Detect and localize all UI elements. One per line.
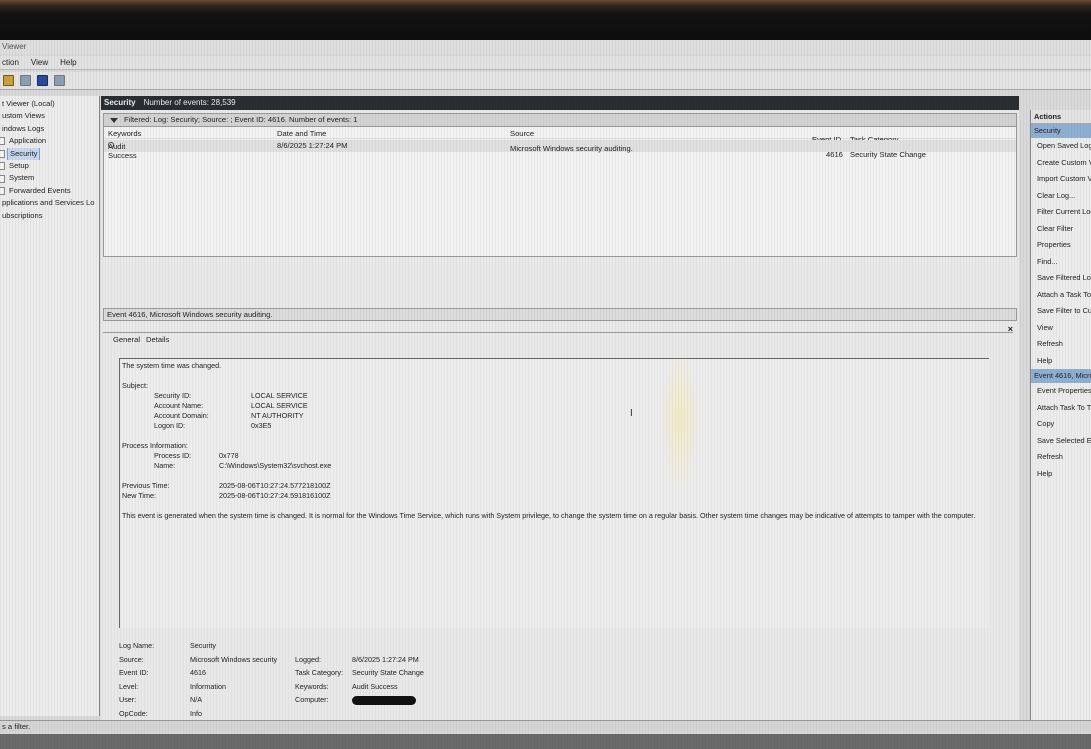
tree-item-label: Security: [7, 148, 40, 160]
action-clear-filter[interactable]: Clear Filter: [1031, 221, 1091, 238]
tree-item-ustom-views[interactable]: ustom Views: [0, 110, 99, 122]
center-pane: Security Number of events: 28,539 Filter…: [101, 96, 1019, 720]
tree-item-label: Setup: [7, 160, 31, 172]
description-row: Account Name:LOCAL SERVICE: [122, 401, 987, 411]
log-icon: [0, 175, 5, 183]
action-save-filter-to-custom-view[interactable]: Save Filter to Custom View...: [1031, 303, 1091, 320]
actions-header: Actions: [1031, 110, 1091, 124]
logged-value: 8/6/2025 1:27:24 PM: [352, 653, 419, 667]
log-icon: [0, 150, 5, 158]
user-value: N/A: [190, 693, 295, 707]
subject-label: Subject:: [122, 381, 987, 391]
console-icon[interactable]: [54, 75, 65, 86]
action-import-custom-view[interactable]: Import Custom View...: [1031, 171, 1091, 188]
status-bar: s a filter.: [0, 720, 1091, 732]
window-title: Viewer: [0, 40, 1091, 54]
log-icon: [0, 187, 5, 195]
keywords-value: Audit Success: [352, 680, 398, 694]
description-headline: The system time was changed.: [122, 361, 987, 371]
computer-label: Computer:: [295, 693, 352, 707]
action-open-saved-log[interactable]: Open Saved Log...: [1031, 138, 1091, 155]
description-row: Security ID:LOCAL SERVICE: [122, 391, 987, 401]
field-label: Logon ID:: [154, 421, 251, 431]
row-source: Microsoft Windows security auditing.: [510, 144, 633, 153]
field-label: Account Name:: [154, 401, 251, 411]
field-label: Process ID:: [154, 451, 219, 461]
actions-pane: Actions Security Open Saved Log...Create…: [1030, 110, 1091, 730]
keywords-label: Keywords:: [295, 680, 352, 694]
detail-title: Event 4616, Microsoft Windows security a…: [103, 308, 1017, 321]
log-icon: [0, 162, 5, 170]
field-label: New Time:: [122, 491, 219, 501]
filter-bar: Filtered: Log: Security; Source: ; Event…: [103, 113, 1017, 127]
action-label: Attach Task To This Event...: [1037, 400, 1091, 417]
row-event-id: 4616: [826, 150, 843, 159]
log-name-label: Log Name:: [119, 639, 190, 653]
menu-view[interactable]: View: [31, 56, 48, 69]
tree-item-system[interactable]: System: [0, 172, 99, 184]
action-clear-log[interactable]: Clear Log...: [1031, 188, 1091, 205]
filter-text: Filtered: Log: Security; Source: ; Event…: [124, 114, 357, 126]
process-label: Process Information:: [122, 441, 987, 451]
computer-value-redacted: [352, 693, 416, 707]
filter-icon: [110, 118, 118, 123]
event-viewer-window: Viewer ction View Help t Viewer (Local)u…: [0, 40, 1091, 749]
action-save-selected-events[interactable]: Save Selected Events...: [1031, 433, 1091, 450]
action-label: Find...: [1037, 254, 1058, 271]
tree-item-label: pplications and Services Lo: [0, 198, 96, 207]
description-row: Account Domain:NT AUTHORITY: [122, 411, 987, 421]
col-source[interactable]: Source: [510, 129, 534, 138]
action-refresh[interactable]: Refresh: [1031, 449, 1091, 466]
field-label: Name:: [154, 461, 219, 471]
help-icon[interactable]: [37, 75, 48, 86]
screen-glare: [660, 350, 700, 490]
tree-item-label: Forwarded Events: [7, 185, 73, 197]
action-label: Refresh: [1037, 336, 1063, 353]
user-label: User:: [119, 693, 190, 707]
level-value: Information: [190, 680, 295, 694]
action-label: Attach a Task To this Log...: [1037, 287, 1091, 304]
toolbar: [0, 72, 1091, 90]
tab-general[interactable]: General: [113, 334, 140, 345]
field-value: C:\Windows\System32\svchost.exe: [219, 461, 331, 471]
field-label: Account Domain:: [154, 411, 251, 421]
action-label: Help: [1037, 353, 1052, 370]
field-value: NT AUTHORITY: [251, 411, 304, 421]
action-label: Event Properties: [1037, 383, 1091, 400]
detail-tabs: General Details: [113, 334, 169, 345]
field-value: 2025-08-06T10:27:24.591816100Z: [219, 491, 331, 501]
tree-item-indows-logs[interactable]: indows Logs: [0, 123, 99, 135]
log-name: Security: [104, 96, 136, 110]
field-value: LOCAL SERVICE: [251, 391, 308, 401]
log-header: Security Number of events: 28,539: [101, 96, 1019, 110]
action-filter-current-log[interactable]: Filter Current Log...: [1031, 204, 1091, 221]
task-category-value: Security State Change: [352, 666, 424, 680]
action-create-custom-view[interactable]: Create Custom View...: [1031, 155, 1091, 172]
description-row: Previous Time:2025-08-06T10:27:24.577218…: [122, 481, 987, 491]
events-grid: Keywords Date and Time Source Event ID T…: [103, 127, 1017, 257]
action-label: Clear Filter: [1037, 221, 1073, 238]
source-label: Source:: [119, 653, 190, 667]
logged-label: Logged:: [295, 653, 352, 667]
tree-item-t-viewer-local[interactable]: t Viewer (Local): [0, 98, 99, 110]
description-row: Process ID:0x778: [122, 451, 987, 461]
action-label: Refresh: [1037, 449, 1063, 466]
event-id-label: Event ID:: [119, 666, 190, 680]
opcode-value: Info: [190, 707, 295, 721]
action-label: Open Saved Log...: [1037, 138, 1091, 155]
navigation-tree: t Viewer (Local)ustom Viewsindows LogsAp…: [0, 96, 100, 716]
action-refresh[interactable]: Refresh: [1031, 336, 1091, 353]
action-label: Save Filter to Custom View...: [1037, 303, 1091, 320]
action-label: Copy: [1037, 416, 1054, 433]
field-value: LOCAL SERVICE: [251, 401, 308, 411]
actions-section-event[interactable]: Event 4616, Microsoft Windows security a…: [1031, 369, 1091, 383]
folder-icon[interactable]: [3, 75, 14, 86]
event-id-value: 4616: [190, 666, 295, 680]
tree-item-forwarded-events[interactable]: Forwarded Events: [0, 185, 99, 197]
col-date-time[interactable]: Date and Time: [277, 129, 326, 138]
tree-item-label: ustom Views: [0, 111, 47, 120]
action-help[interactable]: Help: [1031, 353, 1091, 370]
monitor-bezel: [0, 0, 1091, 42]
tree-item-label: indows Logs: [0, 124, 46, 133]
action-label: Create Custom View...: [1037, 155, 1091, 172]
description-row: Name:C:\Windows\System32\svchost.exe: [122, 461, 987, 471]
event-description[interactable]: The system time was changed. Subject: Se…: [119, 358, 989, 628]
row-date-time: 8/6/2025 1:27:24 PM: [277, 141, 348, 150]
action-label: Import Custom View...: [1037, 171, 1091, 188]
tree-item-setup[interactable]: Setup: [0, 160, 99, 172]
row-task-category: Security State Change: [850, 150, 926, 159]
action-label: Help: [1037, 466, 1052, 483]
text-cursor-icon: I: [630, 408, 633, 419]
tree-item-label: Application: [7, 135, 48, 147]
col-keywords[interactable]: Keywords: [108, 129, 141, 138]
action-event-properties[interactable]: Event Properties: [1031, 383, 1091, 400]
action-help[interactable]: Help: [1031, 466, 1091, 483]
action-find[interactable]: Find...: [1031, 254, 1091, 271]
actions-section-security[interactable]: Security: [1031, 124, 1091, 138]
field-value: 0x778: [219, 451, 239, 461]
action-copy[interactable]: Copy: [1031, 416, 1091, 433]
description-row: New Time:2025-08-06T10:27:24.591816100Z: [122, 491, 987, 501]
log-name-value: Security: [190, 639, 295, 653]
grid-header: Keywords Date and Time Source Event ID T…: [104, 127, 1016, 139]
properties-icon[interactable]: [20, 75, 31, 86]
tree-item-label: t Viewer (Local): [0, 99, 57, 108]
divider: [103, 332, 1013, 333]
log-icon: [0, 137, 5, 145]
action-label: Properties: [1037, 237, 1071, 254]
field-label: Security ID:: [154, 391, 251, 401]
tree-item-security[interactable]: Security: [0, 148, 99, 160]
action-label: Filter Current Log...: [1037, 204, 1091, 221]
action-view[interactable]: View: [1031, 320, 1091, 337]
description-row: Logon ID:0x3E5: [122, 421, 987, 431]
action-label: View: [1037, 320, 1053, 337]
description-explanation: This event is generated when the system …: [122, 511, 987, 521]
action-label: Clear Log...: [1037, 188, 1075, 205]
source-value: Microsoft Windows security: [190, 653, 295, 667]
menu-bar: ction View Help: [0, 56, 1091, 70]
table-row[interactable]: Audit Success 8/6/2025 1:27:24 PM Micros…: [104, 140, 1016, 152]
tree-item-ubscriptions[interactable]: ubscriptions: [0, 210, 99, 222]
event-count: Number of events: 28,539: [144, 96, 236, 110]
tree-item-label: ubscriptions: [0, 211, 45, 220]
task-category-label: Task Category:: [295, 666, 352, 680]
field-value: 0x3E5: [251, 421, 271, 431]
tree-item-pplications-and-services-lo[interactable]: pplications and Services Lo: [0, 197, 99, 209]
action-save-filtered-log-file-as[interactable]: Save Filtered Log File As...: [1031, 270, 1091, 287]
action-label: Save Filtered Log File As...: [1037, 270, 1091, 287]
action-attach-a-task-to-this-log[interactable]: Attach a Task To this Log...: [1031, 287, 1091, 304]
menu-action[interactable]: ction: [2, 56, 19, 69]
action-attach-task-to-this-event[interactable]: Attach Task To This Event...: [1031, 400, 1091, 417]
tab-details[interactable]: Details: [146, 334, 169, 345]
menu-help[interactable]: Help: [60, 56, 76, 69]
field-label: Previous Time:: [122, 481, 219, 491]
tree-item-label: System: [7, 172, 36, 184]
level-label: Level:: [119, 680, 190, 694]
action-properties[interactable]: Properties: [1031, 237, 1091, 254]
field-value: 2025-08-06T10:27:24.577218100Z: [219, 481, 331, 491]
monitor-bottom: [0, 734, 1091, 749]
opcode-label: OpCode:: [119, 707, 190, 721]
action-label: Save Selected Events...: [1037, 433, 1091, 450]
tree-item-application[interactable]: Application: [0, 135, 99, 147]
